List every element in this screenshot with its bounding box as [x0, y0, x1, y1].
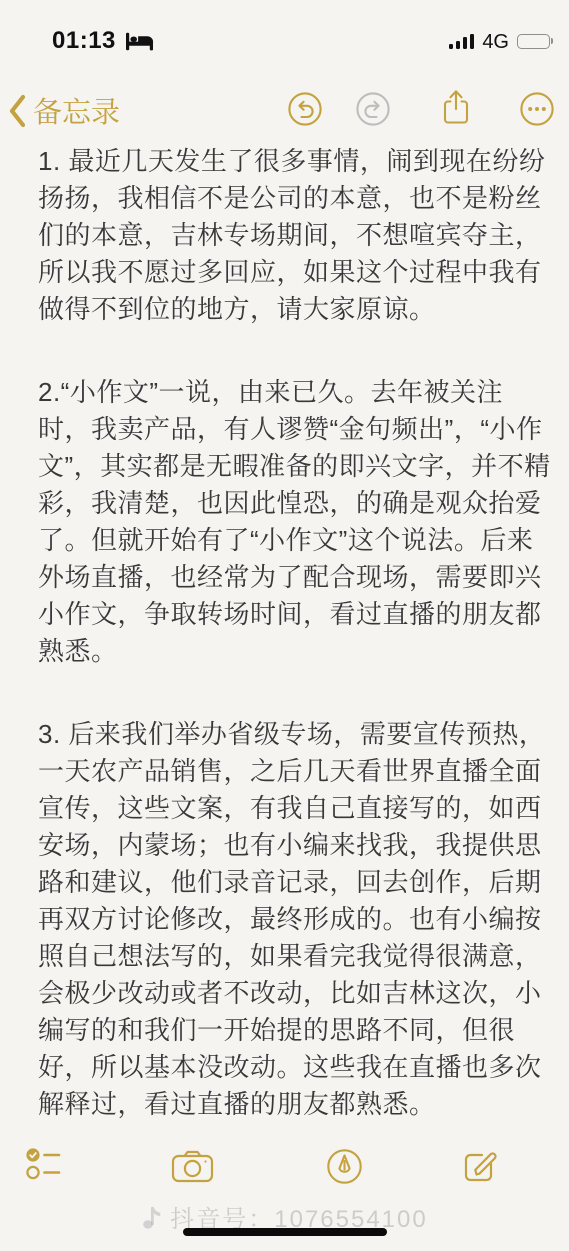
camera-icon[interactable] — [171, 1149, 214, 1188]
note-text-area[interactable]: 1. 最近几天发生了很多事情，闹到现在纷纷 扬扬，我相信不是公司的本意，也不是粉… — [38, 143, 539, 1169]
share-icon[interactable] — [440, 88, 472, 128]
nav-bar: 备忘录 — [0, 88, 569, 134]
status-right: 4G — [449, 33, 553, 50]
clock-time: 01:13 — [52, 27, 116, 55]
notes-app-screen: 01:13 4G — [0, 0, 569, 1251]
bottom-toolbar — [0, 1146, 569, 1188]
bed-icon — [125, 32, 154, 51]
note-paragraph-3: 3. 后来我们举办省级专场，需要宣传预热， 一天农产品销售，之后几天看世界直播全… — [38, 716, 539, 1123]
battery-icon — [517, 34, 553, 49]
checklist-icon[interactable] — [25, 1146, 62, 1187]
signal-bars-icon — [449, 33, 475, 50]
back-label: 备忘录 — [33, 90, 120, 131]
douyin-note-icon — [141, 1204, 162, 1230]
status-bar: 01:13 4G — [0, 24, 569, 58]
note-paragraph-2: 2.“小作文”一说，由来已久。去年被关注 时，我卖产品，有人谬赞“金句频出”，“… — [38, 374, 539, 670]
more-ellipsis-icon[interactable] — [519, 91, 555, 127]
note-paragraph-1: 1. 最近几天发生了很多事情，闹到现在纷纷 扬扬，我相信不是公司的本意，也不是粉… — [38, 143, 539, 328]
chevron-left-icon — [8, 94, 26, 128]
home-indicator[interactable] — [183, 1228, 387, 1236]
undo-button[interactable] — [287, 91, 323, 127]
compose-icon[interactable] — [460, 1146, 502, 1191]
network-type-label: 4G — [482, 34, 509, 50]
markup-pen-icon[interactable] — [326, 1148, 363, 1190]
status-left: 01:13 — [52, 27, 154, 55]
back-button[interactable]: 备忘录 — [8, 90, 120, 131]
redo-button[interactable] — [355, 91, 391, 127]
